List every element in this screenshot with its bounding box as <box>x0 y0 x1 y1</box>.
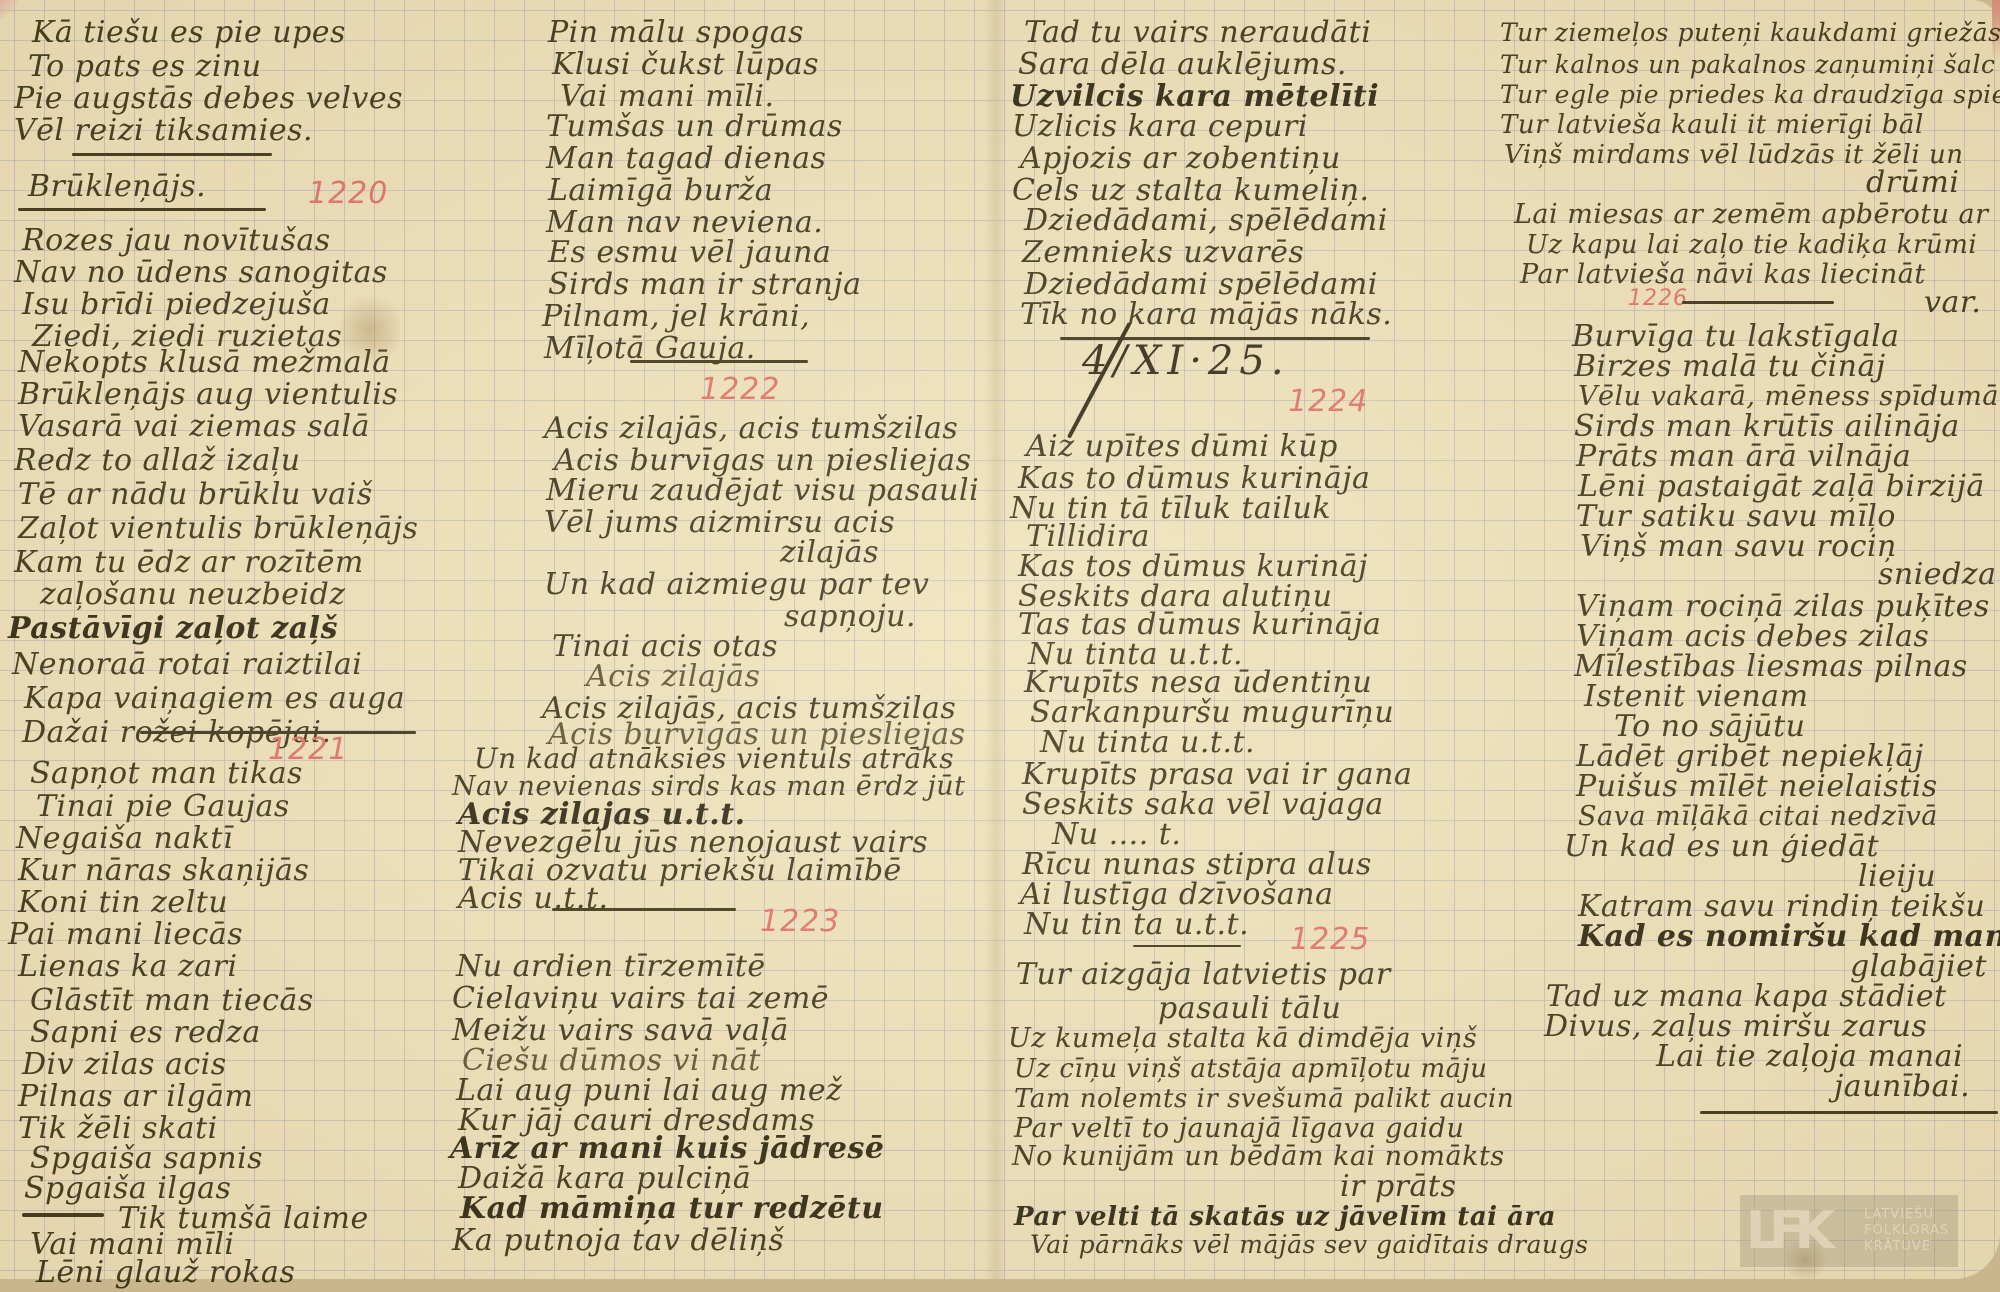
archive-name-line: FOLKLORAS <box>1864 1223 1949 1239</box>
archive-number: 1226 <box>1628 286 1688 311</box>
page-corner-stain <box>0 0 18 18</box>
center-fold <box>985 0 1007 1279</box>
archive-logo-icon: LFK <box>1746 1201 1856 1261</box>
text-line: var. <box>1924 284 1981 322</box>
divider-rule <box>630 360 808 363</box>
text-line: Pastāvīgi zaļot zaļš <box>8 610 338 648</box>
divider-rule <box>72 153 272 156</box>
text-line: Par latvieša nāvi kas liecināt <box>1520 256 1926 294</box>
text-line: Zaļot vientulis brūkleņājs <box>18 510 418 548</box>
archive-name-line: KRĀTUVE <box>1864 1239 1949 1255</box>
text-line: Ka putnoja tav dēliņš <box>452 1222 784 1260</box>
archive-number: 1224 <box>1288 384 1368 419</box>
text-line: Un kad es un ģiedāt <box>1564 828 1879 866</box>
text-line: Kā tiešu es pie upes <box>32 14 346 52</box>
archive-name: LATVIEŠU FOLKLORAS KRĀTUVE <box>1864 1207 1949 1255</box>
text-line: Nenoraā rotai raiztilai <box>12 646 362 684</box>
strikethrough <box>22 1213 104 1217</box>
poem-title: Brūkleņājs. <box>28 168 206 206</box>
divider-rule <box>1700 1111 1998 1114</box>
date-stamp: 4/XI·25. <box>1082 338 1290 384</box>
text-line: Tur aizgāja latvietis par <box>1016 956 1391 994</box>
text-line: jaunībai. <box>1834 1068 1970 1106</box>
divider-rule <box>1682 301 1834 304</box>
text-line: Viņš man savu rociņ <box>1580 528 1897 566</box>
text-line: Acis u.t.t. <box>458 880 609 918</box>
archive-number: 1222 <box>700 372 780 407</box>
text-line: sapņoju. <box>784 598 916 636</box>
archive-name-line: LATVIEŠU <box>1864 1207 1949 1223</box>
text-line: Vai pārnāks vēl mājās sev gaidītais drau… <box>1030 1226 1588 1264</box>
text-line: Nu tin ta u.t.t. <box>1024 906 1249 944</box>
text-line: Lēni glauž rokas <box>36 1254 295 1279</box>
text-line: Vasarā vai ziemas salā <box>18 408 370 446</box>
text-line: Redz to allaž izaļu <box>14 442 301 480</box>
title-underline <box>18 208 266 211</box>
text-line: Kapa vaiņagiem es auga <box>24 680 405 718</box>
archive-watermark: LFK LATVIEŠU FOLKLORAS KRĀTUVE <box>1740 1195 1958 1267</box>
divider-rule <box>1133 945 1241 947</box>
divider-rule <box>552 908 736 911</box>
archive-number: 1225 <box>1290 922 1370 957</box>
text-line: Lienas ka zari <box>18 948 238 986</box>
text-line: Vēl reizi tiksamies. <box>14 112 313 150</box>
archive-number: 1223 <box>760 904 840 939</box>
notebook-spread: Kā tiešu es pie upes To pats es zinu Pie… <box>0 0 2000 1279</box>
text-line: zaļošanu neuzbeidz <box>40 576 346 614</box>
text-line: Tīk no kara mājās nāks. <box>1020 296 1392 334</box>
text-line: Tē ar nādu brūklu vaiš <box>18 476 373 514</box>
archive-number: 1220 <box>308 176 388 211</box>
